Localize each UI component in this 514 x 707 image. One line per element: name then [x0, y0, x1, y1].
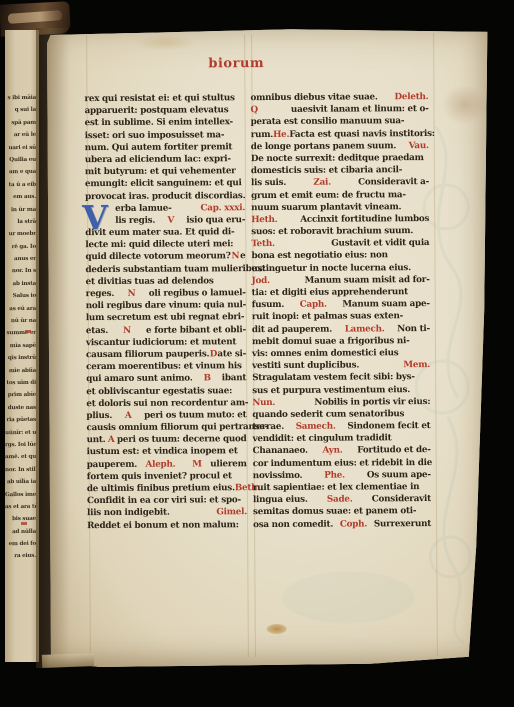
- text-line: provocat iras. producit discordias.: [85, 190, 245, 203]
- text-line: mebit domui suae a frigoribus ni-: [252, 335, 430, 348]
- text-line: num. Qui autem fortiter premit: [85, 141, 245, 154]
- text-line: grum et emit eum: de fructu ma-: [251, 189, 429, 202]
- text-line: mit butyrum: et qui vehementer: [85, 165, 245, 178]
- facing-edge-line: uari ei sū: [5, 141, 36, 154]
- text-line: unt. Aperi os tuum: decerne quod: [87, 433, 247, 446]
- facing-edge-line: in ūr ma: [5, 203, 36, 216]
- facing-edge-line: ur moebr: [5, 228, 36, 241]
- showthrough-tint-patch: [278, 567, 418, 638]
- text-line: et obliviscantur egestatis suae:: [86, 385, 246, 398]
- facing-edge-line: Gallos īme: [5, 488, 36, 501]
- facing-edge-line: s ibi māia: [5, 92, 36, 105]
- text-line: dederis substantiam tuam mulieribus:: [85, 263, 245, 276]
- page-content: biorum V rex qui resistat ei: et qui stu…: [45, 27, 492, 669]
- facing-edge-line: summe er: [5, 327, 36, 340]
- facing-edge-line: la strā: [5, 216, 36, 229]
- facing-edge-line: q sui la: [5, 104, 36, 117]
- text-line: apparuerit: postquam elevatus: [85, 104, 245, 117]
- facing-edge-line: tos uīm di: [5, 377, 36, 390]
- text-line: ceram moerentibus: et vinum his: [86, 360, 246, 373]
- text-line: sus et purpura vestimentum eius.: [252, 384, 430, 397]
- text-line: causis omnium filiorum qui pertranse-: [86, 421, 246, 434]
- text-line: et divitias tuas ad delendos: [86, 275, 246, 288]
- text-line: ruit inopi: et palmas suas exten-: [252, 310, 430, 323]
- text-line: viscantur iudiciorum: et mutent: [86, 336, 246, 349]
- text-column-right: omnibus diebus vitae suae. Deleth.Quaesi…: [250, 91, 431, 531]
- parchment-stain-top: [135, 34, 195, 50]
- text-line: noli regibus dare vinum: quia nul-: [86, 299, 246, 312]
- ruling-line-right: [433, 33, 438, 656]
- facing-edge-line: as et ara tū: [5, 501, 36, 514]
- facing-edge-line: qīs instrū: [5, 352, 36, 365]
- text-line: domesticis suis: et cibaria ancil-: [251, 164, 429, 177]
- text-line: rex qui resistat ei: et qui stultus: [84, 92, 244, 105]
- text-line: extinguetur in nocte lucerna eius.: [251, 262, 429, 275]
- text-line: reges. Noli regibus o lamuel-: [86, 287, 246, 300]
- text-line: qui amaro sunt animo. Bibant: [86, 372, 246, 385]
- text-line: et doloris sui non recordentur am-: [86, 397, 246, 410]
- facing-page-red-ink-fleck: [21, 522, 27, 525]
- text-line: de ultimis finibus pretium eius. Beth.: [87, 482, 247, 495]
- facing-edge-line: Quilia eu: [5, 154, 36, 167]
- facing-edge-line: spā pam: [5, 117, 36, 130]
- text-line: isset: ori suo imposuisset ma-: [85, 129, 245, 142]
- text-line: iustum est: et vindica inopem et: [87, 446, 247, 459]
- facing-edge-line: anus er: [5, 253, 36, 266]
- text-line: ubera ad eliciendum lac: expri-: [85, 153, 245, 166]
- facing-edge-line: ad nūlla: [5, 526, 36, 539]
- facing-edge-line: uūnīr: et ue: [5, 426, 36, 439]
- text-column-left: rex qui resistat ei: et qui stultusappar…: [84, 92, 247, 532]
- text-line: perata est consilio manuum sua-: [251, 115, 429, 128]
- text-line: tia: et digiti eius apprehenderunt: [252, 286, 430, 299]
- text-line: lis suis. Zai. Consideravit a-: [251, 176, 429, 189]
- text-line: quid dilecte votorum meorum? Ne: [85, 251, 245, 264]
- text-line: est in sublime. Si enim intellex-: [85, 117, 245, 130]
- text-line: cor indumentum eius: et ridebit in die: [253, 457, 431, 470]
- text-line: erba lamue- Cap. xxxi.: [85, 202, 245, 215]
- facing-edge-line: nor. In stilī: [5, 464, 36, 477]
- manuscript-page: biorum V rex qui resistat ei: et qui stu…: [47, 28, 490, 667]
- text-line: liis non indigebit. Gimel.: [87, 507, 247, 520]
- text-line: vendidit: et cingulum tradidit: [253, 432, 431, 445]
- facing-edge-line: em aus.: [5, 191, 36, 204]
- text-line: osa non comedit. Coph. Surrexerunt: [253, 518, 431, 531]
- facing-edge-line: nor. In s: [5, 265, 36, 278]
- facing-edge-line: as eū ara: [5, 302, 36, 315]
- text-line: lingua eius. Sade. Consideravit: [253, 493, 431, 506]
- text-line: Jod. Manum suam misit ad for-: [252, 274, 430, 287]
- facing-edge-line: nū ūr na: [5, 315, 36, 328]
- text-line: pauperem. Aleph. Mulierem: [87, 458, 247, 471]
- text-line: vestiti sunt duplicibus. Mem.: [252, 359, 430, 372]
- facing-page-edge: s ibi māiaq sui laspā pamar eū leuari ei…: [5, 30, 39, 662]
- text-line: semitas domus suae: et panem oti-: [253, 505, 431, 518]
- facing-edge-line: am e qua: [5, 166, 36, 179]
- text-line: De nocte surrexit: deditque praedam: [251, 152, 429, 165]
- text-line: lis regis. Visio qua eru-: [85, 214, 245, 227]
- text-line: Chananaeo. Ayn. Fortitudo et de-: [253, 444, 431, 457]
- facing-edge-line: amē. et quo: [5, 451, 36, 464]
- facing-edge-line: duste nas: [5, 402, 36, 415]
- facing-edge-line: ab insta: [5, 278, 36, 291]
- facing-page-red-ink-fleck: [25, 330, 31, 333]
- text-line: Teth. Gustavit et vidit quia: [251, 237, 429, 250]
- facing-edge-line: mīa sapē: [5, 340, 36, 353]
- text-line: emungit: elicit sanguinem: et qui: [85, 177, 245, 190]
- text-line: suos: et roboravit brachium suum.: [251, 225, 429, 238]
- text-line: Nun. Nobilis in portis vir eius:: [252, 396, 430, 409]
- text-line: plius. Aperi os tuum muto: et: [86, 409, 246, 422]
- text-line: novissimo. Phe. Os suum ape-: [253, 469, 431, 482]
- facing-edge-line: Salus io: [5, 290, 36, 303]
- under-page-edge: [42, 653, 94, 668]
- text-line: ruit sapientiae: et lex clementiae in: [253, 481, 431, 494]
- manuscript-photo: s ibi māiaq sui laspā pamar eū leuari ei…: [0, 0, 514, 707]
- facing-edge-line: ra eius.: [5, 550, 36, 563]
- text-line: nuum suarum plantavit vineam.: [251, 201, 429, 214]
- text-line: rum. He. Facta est quasi navis institori…: [251, 128, 429, 141]
- text-line: de longe portans panem suum. Vau.: [251, 140, 429, 153]
- text-line: fusum. Caph. Manum suam ape-: [252, 298, 430, 311]
- text-line: fortem quis inveniet? procul et: [87, 470, 247, 483]
- text-line: quando sederit cum senatoribus: [252, 408, 430, 421]
- text-line: omnibus diebus vitae suae. Deleth.: [250, 91, 428, 104]
- text-line: etas. Ne forte bibant et obli-: [86, 324, 246, 337]
- text-line: Reddet ei bonum et non malum:: [87, 519, 247, 532]
- text-line: Stragulatam vestem fecit sibi: bys-: [252, 371, 430, 384]
- text-line: dit ad pauperem. Lamech. Non ti-: [252, 323, 430, 336]
- facing-edge-line: ab uīlīa ia: [5, 476, 36, 489]
- text-line: terrae. Samech. Sindonem fecit et: [252, 420, 430, 433]
- facing-edge-line: ta ū a eib: [5, 179, 36, 192]
- facing-edge-line: em dei fo: [5, 538, 36, 551]
- text-line: bona est negotiatio eius: non: [251, 249, 429, 262]
- facing-edge-line: ar eū le: [5, 129, 36, 142]
- text-line: Quaesivit lanam et linum: et o-: [251, 103, 429, 116]
- text-line: causam filiorum pauperis. Date si-: [86, 348, 246, 361]
- facing-edge-line: rgs. Ioi lūe: [5, 439, 36, 452]
- parchment-stain-smudge: [441, 85, 487, 125]
- facing-edge-line: prīm abīe: [5, 389, 36, 402]
- text-line: divit eum mater sua. Et quid di-: [85, 226, 245, 239]
- text-line: lum secretum est ubi regnat ebri-: [86, 312, 246, 325]
- facing-edge-line: rē ga. Io: [5, 241, 36, 254]
- text-line: lecte mi: quid dilecte uteri mei:: [85, 238, 245, 251]
- facing-edge-line: mīe abiīa: [5, 364, 36, 377]
- facing-page-text-fragments: s ibi māiaq sui laspā pamar eū leuari ei…: [5, 92, 36, 563]
- text-line: vis: omnes enim domestici eius: [252, 347, 430, 360]
- text-line: Confidit in ea cor viri sui: et spo-: [87, 494, 247, 507]
- running-title: biorum: [193, 56, 279, 72]
- text-line: Heth. Accinxit fortitudine lumbos: [251, 213, 429, 226]
- facing-edge-line: rīa pūetas: [5, 414, 36, 427]
- parchment-stain-spot: [267, 624, 287, 634]
